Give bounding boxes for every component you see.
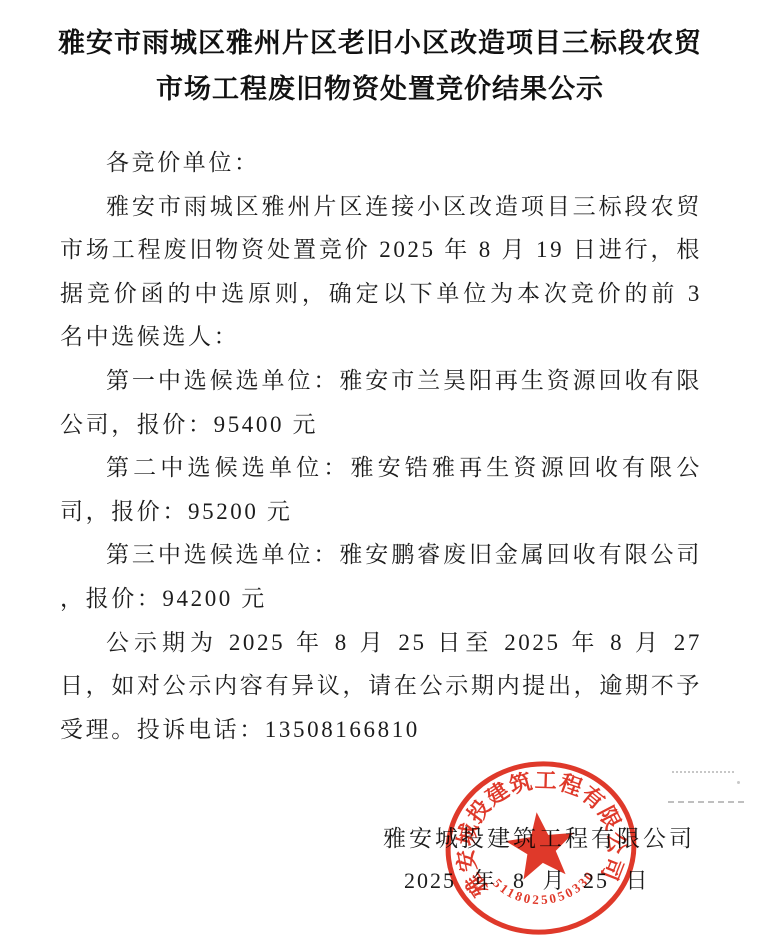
signature-date: 2025 年 8 月 25 日 [404, 864, 650, 895]
candidate-1: 第一中选候选单位：雅安市兰昊阳再生资源回收有限公司，报价：95400 元 [60, 359, 702, 446]
paragraph-intro: 雅安市雨城区雅州片区连接小区改造项目三标段农贸市场工程废旧物资处置竞价 2025… [60, 185, 702, 359]
document-body: 各竞价单位： 雅安市雨城区雅州片区连接小区改造项目三标段农贸市场工程废旧物资处置… [60, 141, 702, 751]
page-title: 雅安市雨城区雅州片区老旧小区改造项目三标段农贸 市场工程废旧物资处置竞价结果公示 [0, 20, 760, 112]
scan-artifact [737, 781, 740, 784]
announcement-document: 雅安市雨城区雅州片区老旧小区改造项目三标段农贸 市场工程废旧物资处置竞价结果公示… [0, 0, 760, 952]
scan-artifact [668, 801, 744, 803]
title-line-1: 雅安市雨城区雅州片区老旧小区改造项目三标段农贸 [0, 20, 760, 66]
signature-company: 雅安城投建筑工程有限公司 [383, 820, 695, 853]
candidate-3: 第三中选候选单位：雅安鹏睿废旧金属回收有限公司 ，报价：94200 元 [60, 533, 702, 620]
title-line-2: 市场工程废旧物资处置竞价结果公示 [0, 66, 760, 112]
paragraph-salutation: 各竞价单位： [60, 141, 702, 185]
paragraph-notice: 公示期为 2025 年 8 月 25 日至 2025 年 8 月 27 日，如对… [60, 621, 702, 752]
scan-artifact [672, 771, 734, 773]
candidate-2: 第二中选候选单位：雅安锆雅再生资源回收有限公司，报价：95200 元 [60, 446, 702, 533]
